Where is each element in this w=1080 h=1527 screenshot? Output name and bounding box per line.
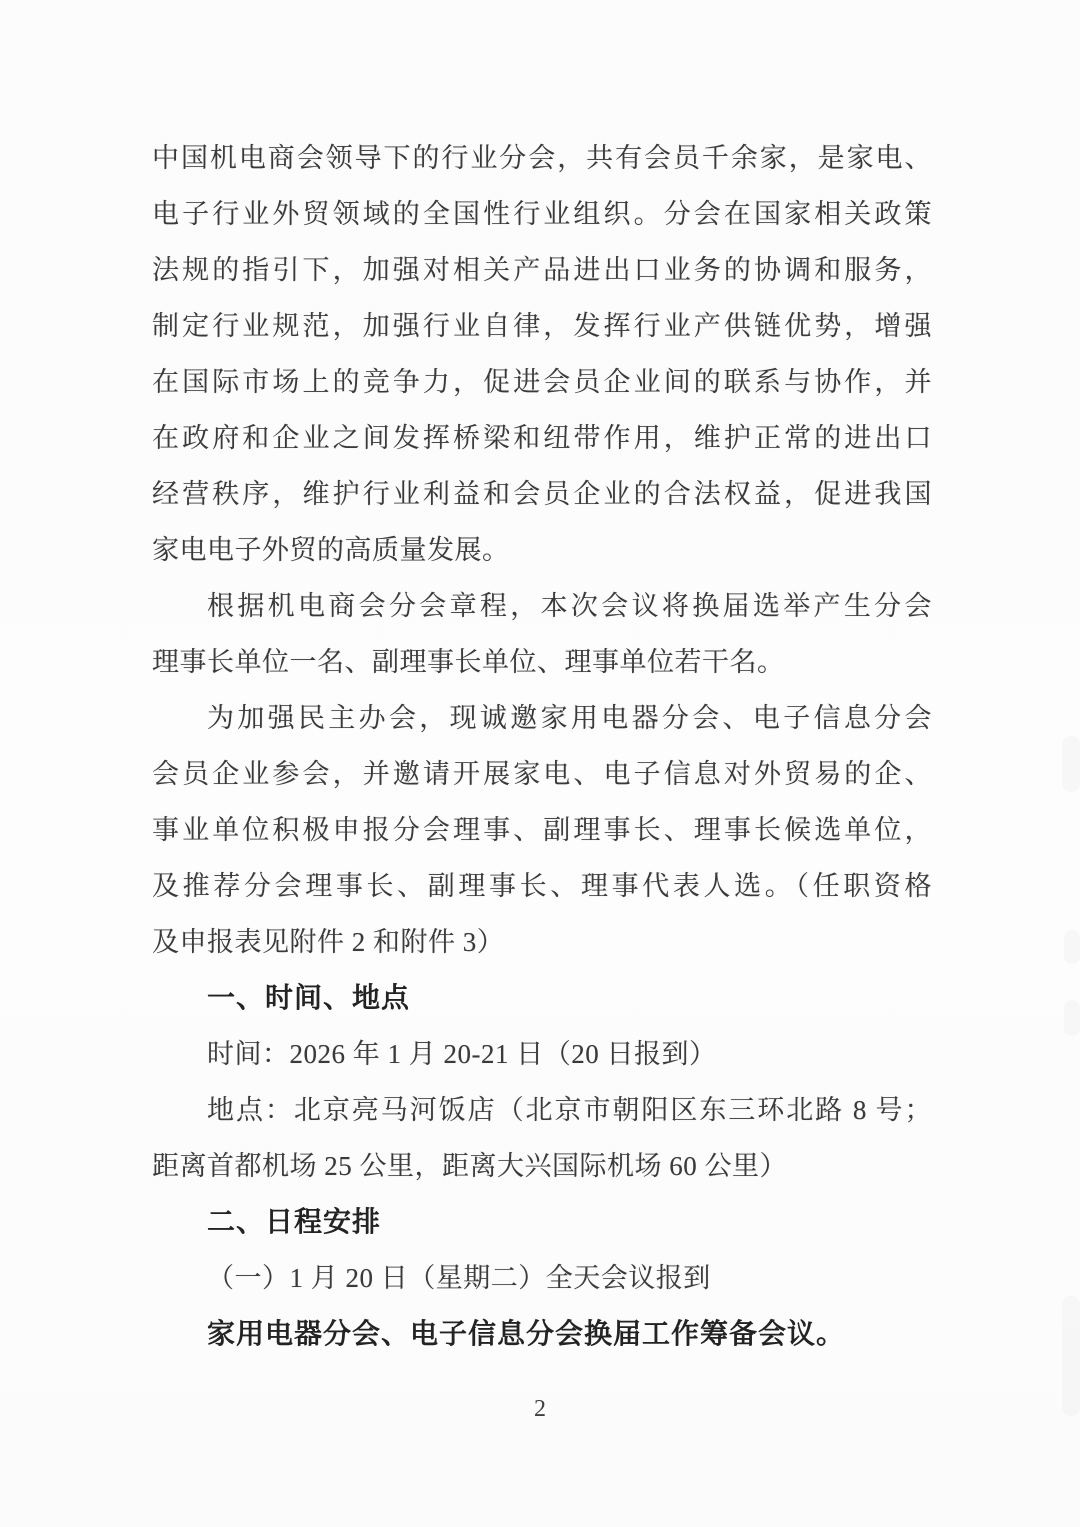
meeting-time-line: 时间：2026 年 1 月 20-21 日（20 日报到） bbox=[152, 1026, 932, 1082]
body-line: 及推荐分会理事长、副理事长、理事代表人选。（任职资格 bbox=[152, 858, 932, 914]
body-line: 经营秩序，维护行业利益和会员企业的合法权益，促进我国 bbox=[152, 466, 932, 522]
body-line: 在国际市场上的竞争力，促进会员企业间的联系与协作，并 bbox=[152, 354, 932, 410]
scan-artifact bbox=[1062, 1296, 1080, 1416]
agenda-bold-line: 家用电器分会、电子信息分会换届工作筹备会议。 bbox=[152, 1306, 932, 1362]
meeting-place-line: 距离首都机场 25 公里，距离大兴国际机场 60 公里） bbox=[152, 1138, 932, 1194]
meeting-place-line: 地点：北京亮马河饭店（北京市朝阳区东三环北路 8 号； bbox=[152, 1082, 932, 1138]
section-heading-time-place: 一、时间、地点 bbox=[152, 970, 932, 1026]
body-line: 会员企业参会，并邀请开展家电、电子信息对外贸易的企、 bbox=[152, 746, 932, 802]
body-line: 家电电子外贸的高质量发展。 bbox=[152, 522, 932, 578]
body-line: 事业单位积极申报分会理事、副理事长、理事长候选单位， bbox=[152, 802, 932, 858]
body-line: 根据机电商会分会章程，本次会议将换届选举产生分会 bbox=[152, 578, 932, 634]
document-page: 中国机电商会领导下的行业分会，共有会员千余家，是家电、 电子行业外贸领域的全国性… bbox=[152, 130, 932, 1362]
body-line: 理事长单位一名、副理事长单位、理事单位若干名。 bbox=[152, 634, 932, 690]
body-line: 中国机电商会领导下的行业分会，共有会员千余家，是家电、 bbox=[152, 130, 932, 186]
scan-artifact bbox=[1064, 1000, 1080, 1036]
scan-artifact bbox=[1064, 930, 1080, 964]
body-line: 及申报表见附件 2 和附件 3） bbox=[152, 914, 932, 970]
page-number: 2 bbox=[0, 1394, 1080, 1424]
agenda-item-line: （一）1 月 20 日（星期二）全天会议报到 bbox=[152, 1250, 932, 1306]
section-heading-agenda: 二、日程安排 bbox=[152, 1194, 932, 1250]
body-line: 为加强民主办会，现诚邀家用电器分会、电子信息分会 bbox=[152, 690, 932, 746]
body-line: 在政府和企业之间发挥桥梁和纽带作用，维护正常的进出口 bbox=[152, 410, 932, 466]
body-line: 制定行业规范，加强行业自律，发挥行业产供链优势，增强 bbox=[152, 298, 932, 354]
body-line: 电子行业外贸领域的全国性行业组织。分会在国家相关政策 bbox=[152, 186, 932, 242]
scan-artifact bbox=[1062, 736, 1080, 792]
body-line: 法规的指引下，加强对相关产品进出口业务的协调和服务， bbox=[152, 242, 932, 298]
